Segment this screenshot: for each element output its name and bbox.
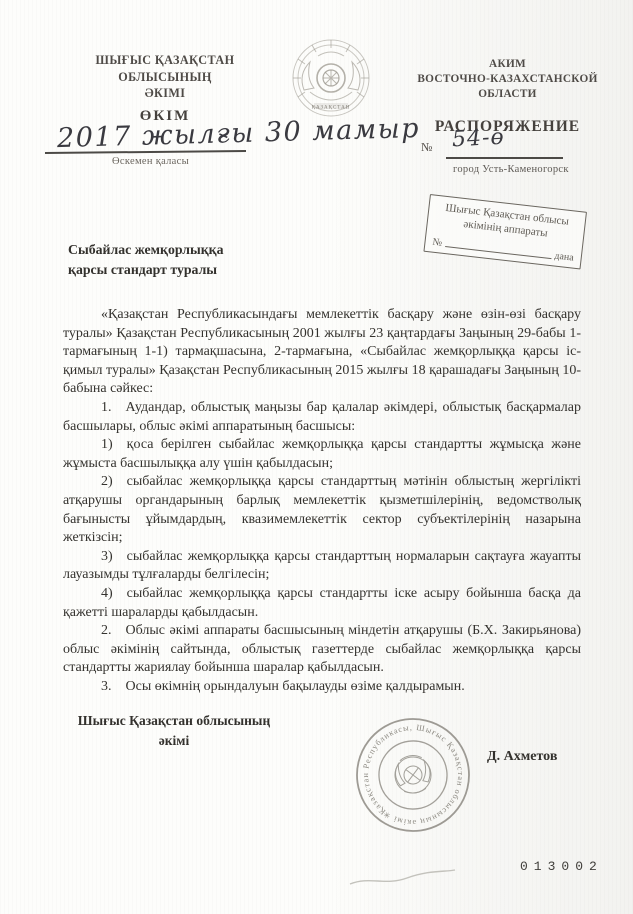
place-kazakh: Өскемен қаласы bbox=[112, 156, 189, 167]
letterhead-left: ШЫҒЫС ҚАЗАҚСТАН ОБЛЫСЫНЫҢ ӘКІМІ bbox=[55, 52, 275, 102]
stamp-number-blank-line bbox=[445, 236, 553, 259]
letterhead-right: АКИМ ВОСТОЧНО-КАЗАХСТАНСКОЙ ОБЛАСТИ bbox=[390, 57, 625, 102]
paragraph-item-2: 2. Облыс әкімі аппараты басшысының мінде… bbox=[63, 622, 581, 678]
document-body: «Қазақстан Республикасындағы мемлекеттік… bbox=[63, 306, 581, 696]
signatory-position-line: Шығыс Қазақстан облысының bbox=[64, 711, 284, 731]
signatory-name: Д. Ахметов bbox=[487, 749, 557, 765]
registration-stamp-box: Шығыс Қазақстан облысы әкімінің аппараты… bbox=[423, 194, 587, 270]
letterhead-left-line: ОБЛЫСЫНЫҢ bbox=[55, 69, 275, 86]
letterhead-left-line: ӘКІМІ bbox=[55, 85, 275, 102]
letterhead-right-line: ОБЛАСТИ bbox=[390, 87, 625, 102]
paragraph-preamble: «Қазақстан Республикасындағы мемлекеттік… bbox=[63, 306, 581, 399]
letterhead-left-line: ШЫҒЫС ҚАЗАҚСТАН bbox=[55, 52, 275, 69]
paragraph-subitem-1: 1) қоса берілген сыбайлас жемқорлыққа қа… bbox=[63, 436, 581, 473]
number-label: № bbox=[421, 140, 432, 155]
stamp-number-label: № bbox=[432, 237, 443, 249]
paragraph-item-1: 1. Аудандар, облыстық маңызы бар қалалар… bbox=[63, 399, 581, 436]
letterhead-right-line: ВОСТОЧНО-КАЗАХСТАНСКОЙ bbox=[390, 72, 625, 87]
pencil-mark bbox=[345, 862, 460, 892]
paragraph-subitem-4: 4) сыбайлас жемқорлыққа қарсы стандартты… bbox=[63, 585, 581, 622]
handwritten-number: 54-ө bbox=[451, 125, 505, 153]
official-round-seal: Қазақстан Республикасы, Шығыс Қазақстан … bbox=[344, 706, 482, 844]
paragraph-subitem-3: 3) сыбайлас жемқорлыққа қарсы стандартты… bbox=[63, 548, 581, 585]
place-russian: город Усть-Каменогорск bbox=[453, 164, 569, 175]
number-blank-line bbox=[446, 157, 563, 159]
signatory-position-line: әкімі bbox=[64, 731, 284, 751]
paragraph-item-3: 3. Осы өкімнің орындалуын бақылауды өзім… bbox=[63, 678, 581, 697]
letterhead-right-line: АКИМ bbox=[390, 57, 625, 72]
form-number: 013002 bbox=[520, 859, 603, 874]
stamp-copies-label: дана bbox=[554, 251, 574, 264]
scanned-decree-page: ШЫҒЫС ҚАЗАҚСТАН ОБЛЫСЫНЫҢ ӘКІМІ ҚАЗАҚС bbox=[0, 0, 633, 914]
document-title-line: қарсы стандарт туралы bbox=[68, 260, 224, 280]
document-title-line: Сыбайлас жемқорлыққа bbox=[68, 240, 224, 260]
doc-type-russian: РАСПОРЯЖЕНИЕ bbox=[390, 118, 625, 136]
signatory-position: Шығыс Қазақстан облысының әкімі bbox=[64, 711, 284, 751]
document-title: Сыбайлас жемқорлыққа қарсы стандарт тура… bbox=[68, 240, 224, 279]
paragraph-subitem-2: 2) сыбайлас жемқорлыққа қарсы стандартты… bbox=[63, 473, 581, 547]
emblem-banner-text: ҚАЗАҚСТАН bbox=[312, 106, 351, 111]
kazakhstan-emblem-icon: ҚАЗАҚСТАН bbox=[288, 36, 374, 126]
